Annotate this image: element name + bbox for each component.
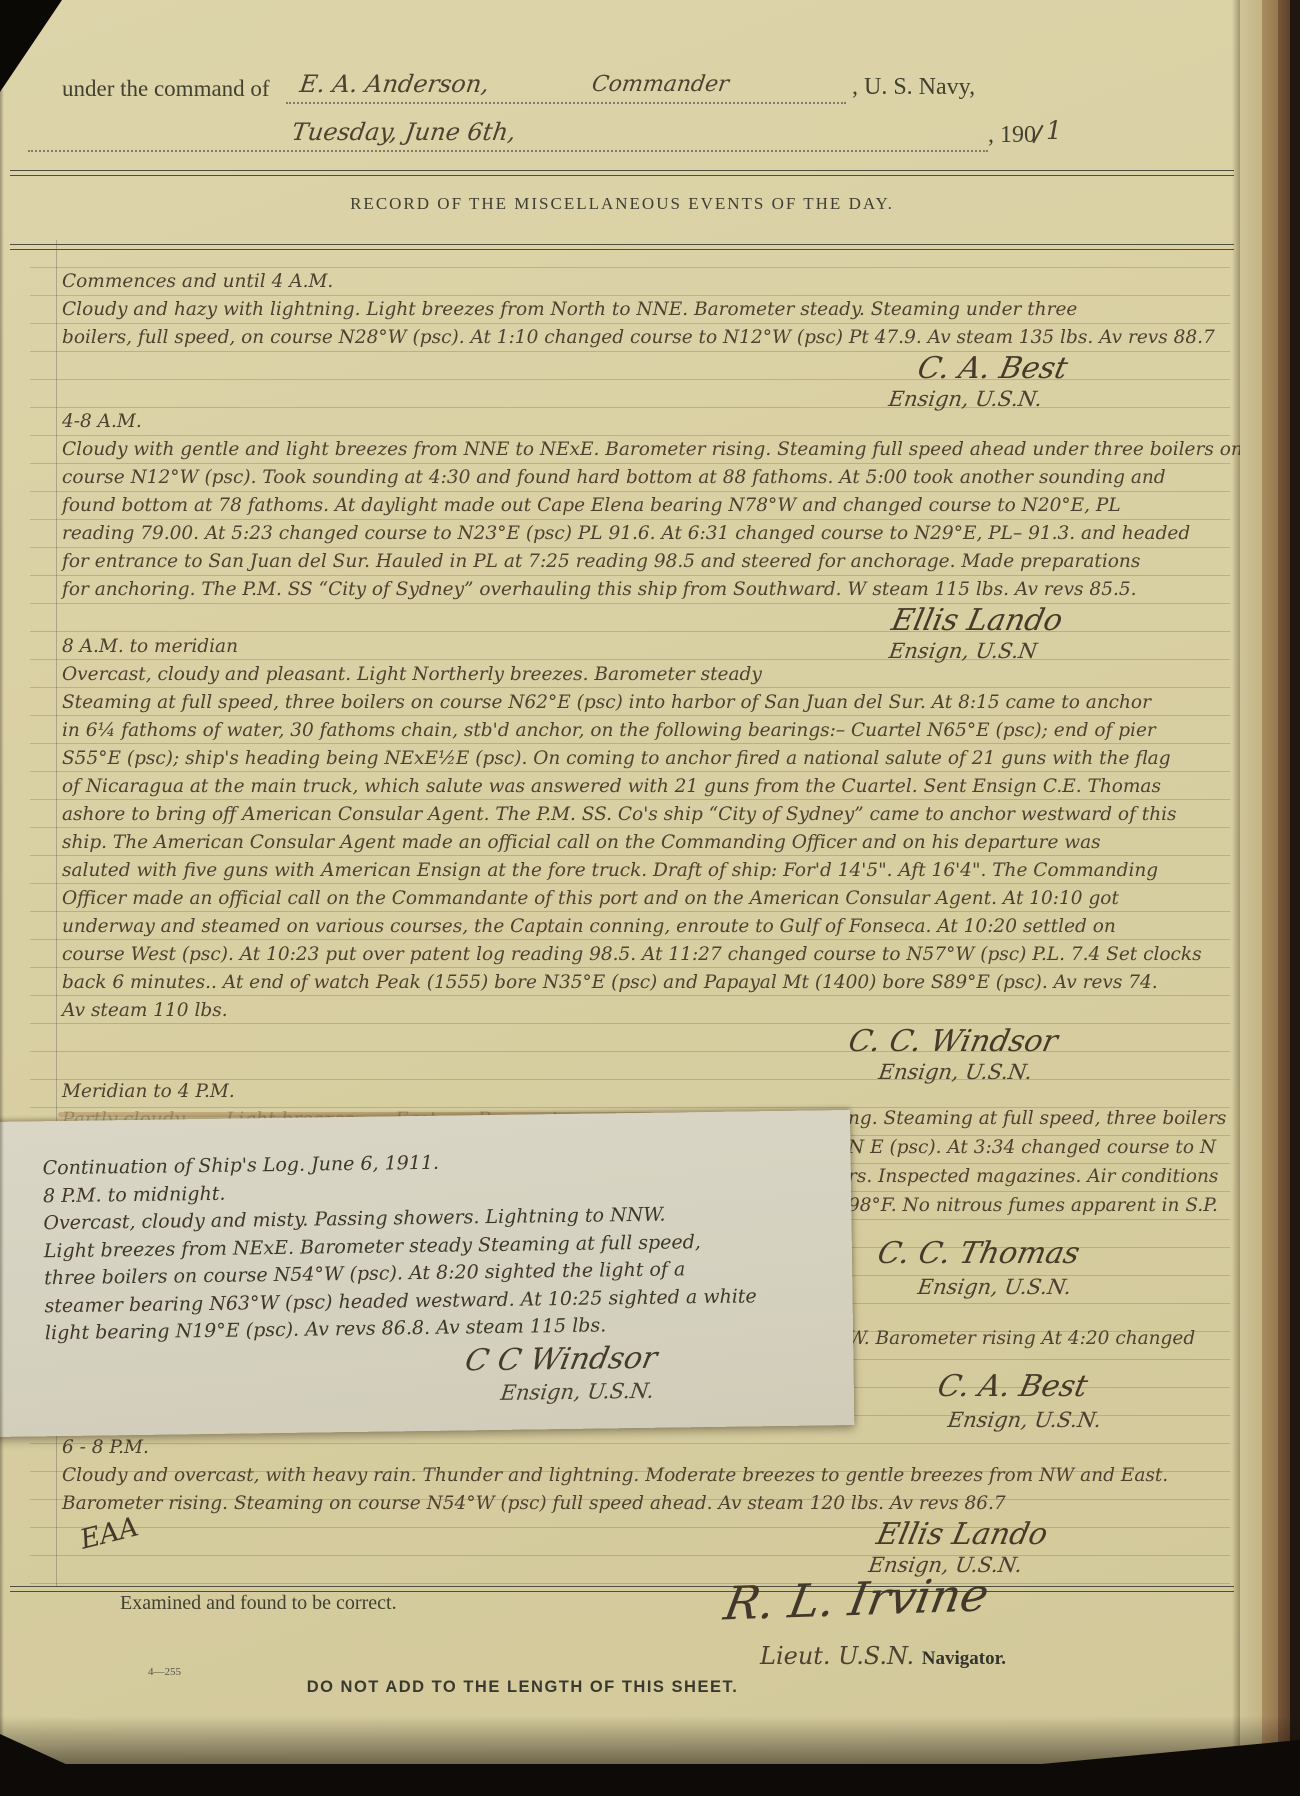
section-morning-watch: 4-8 A.M. Cloudy with gentle and light br…	[62, 408, 1217, 664]
fragment-line: ng. Steaming at full speed, three boiler…	[848, 1104, 1243, 1133]
log-line: Cloudy and overcast, with heavy rain. Th…	[62, 1462, 1217, 1490]
covered-text-fragments: ng. Steaming at full speed, three boiler…	[848, 1104, 1243, 1433]
navigator-printed-label: Navigator.	[922, 1648, 1006, 1669]
signature-rank: Ensign, U.S.N.	[60, 1552, 1219, 1578]
log-line: boilers, full speed, on course N28°W (ps…	[62, 324, 1217, 352]
log-line: course West (psc). At 10:23 put over pat…	[62, 941, 1217, 969]
log-line: Av steam 110 lbs.	[62, 997, 1217, 1025]
section-heading: Commences and until 4 A.M.	[62, 268, 1217, 296]
log-line: reading 79.00. At 5:23 changed course to…	[62, 520, 1217, 548]
log-line: back 6 minutes.. At end of watch Peak (1…	[62, 969, 1217, 997]
form-number: 4—255	[148, 1666, 181, 1678]
double-rule-top	[10, 170, 1234, 176]
log-line: Steaming at full speed, three boilers on…	[62, 689, 1217, 717]
commander-name: E. A. Anderson,	[298, 70, 491, 98]
log-line: for entrance to San Juan del Sur. Hauled…	[62, 548, 1217, 576]
log-line: underway and steamed on various courses,…	[62, 913, 1217, 941]
bottom-right-corner	[1020, 1740, 1300, 1766]
scan-corner-top-left	[0, 0, 62, 92]
log-line: saluted with five guns with American Ens…	[62, 857, 1217, 885]
log-line: Officer made an official call on the Com…	[62, 885, 1217, 913]
year-printed: , 190	[988, 122, 1036, 149]
signature: C. C. Thomas	[844, 1234, 1248, 1274]
signature: C. C. Windsor	[58, 1025, 1220, 1059]
length-warning: DO NOT ADD TO THE LENGTH OF THIS SHEET.	[0, 1678, 1045, 1697]
log-line: Barometer rising. Steaming on course N54…	[62, 1490, 1217, 1518]
date-dotted-line	[28, 150, 988, 152]
log-line: Cloudy and hazy with lightning. Light br…	[62, 296, 1217, 324]
navy-suffix: , U. S. Navy,	[852, 74, 975, 101]
log-line: found bottom at 78 fathoms. At daylight …	[62, 492, 1217, 520]
scan-bottom-band	[0, 1764, 1300, 1796]
fragment-line: 98°F. No nitrous fumes apparent in S.P.	[848, 1191, 1243, 1220]
log-line: ship. The American Consular Agent made a…	[62, 829, 1217, 857]
section-heading: 8 A.M. to meridian	[62, 633, 1217, 661]
date-written: Tuesday, June 6th,	[290, 118, 518, 146]
record-title: RECORD OF THE MISCELLANEOUS EVENTS OF TH…	[10, 194, 1234, 214]
log-line: Cloudy with gentle and light breezes fro…	[62, 436, 1217, 464]
fragment-line: W. Barometer rising At 4:20 changed	[848, 1324, 1243, 1353]
navigator-signature: R. L. Irvine	[720, 1567, 993, 1630]
bottom-left-corner	[0, 1734, 70, 1766]
section-forenoon-watch: 8 A.M. to meridian Overcast, cloudy and …	[62, 633, 1217, 1085]
fragment-line: N E (psc). At 3:34 changed course to N	[848, 1133, 1243, 1162]
pasted-continuation-slip: Continuation of Ship's Log. June 6, 1911…	[0, 1110, 854, 1437]
log-line: S55°E (psc); ship's heading being NExE½E…	[62, 745, 1217, 773]
signature: C. A. Best	[58, 352, 1220, 386]
section-heading: 6 - 8 P.M.	[62, 1434, 1217, 1462]
navigator-rank: Lieut. U.S.N.	[760, 1642, 914, 1670]
next-page-edge	[1240, 0, 1262, 1796]
left-page-edge	[0, 90, 4, 1770]
fragment-line: rs. Inspected magazines. Air conditions	[848, 1162, 1243, 1191]
year-ink-digit: 1	[1046, 116, 1062, 145]
signature: Ellis Lando	[58, 1518, 1220, 1552]
signature: C. A. Best	[844, 1367, 1248, 1407]
signature-rank: Ensign, U.S.N.	[846, 1407, 1245, 1433]
book-edge-dark	[1278, 0, 1290, 1796]
log-line: ashore to bring off American Consular Ag…	[62, 801, 1217, 829]
log-line: of Nicaragua at the main truck, which sa…	[62, 773, 1217, 801]
navigator-rank-line: Lieut. U.S.N. Navigator.	[760, 1642, 1006, 1670]
logbook-scan: under the command of E. A. Anderson, Com…	[0, 0, 1300, 1796]
command-dotted-line	[286, 102, 846, 104]
commander-rank: Commander	[590, 72, 730, 97]
section-heading: 4-8 A.M.	[62, 408, 1217, 436]
command-prefix: under the command of	[62, 76, 270, 102]
book-edge-light	[1262, 0, 1278, 1796]
log-line: Overcast, cloudy and pleasant. Light Nor…	[62, 661, 1217, 689]
examined-statement: Examined and found to be correct.	[120, 1592, 397, 1615]
section-evening-watch: 6 - 8 P.M. Cloudy and overcast, with hea…	[62, 1434, 1217, 1578]
log-line: course N12°W (psc). Took sounding at 4:3…	[62, 464, 1217, 492]
section-midwatch: Commences and until 4 A.M. Cloudy and ha…	[62, 268, 1217, 412]
log-line: for anchoring. The P.M. SS “City of Sydn…	[62, 576, 1217, 604]
binding-edge	[1290, 0, 1300, 1796]
signature-rank: Ensign, U.S.N.	[846, 1274, 1245, 1300]
section-heading: Meridian to 4 P.M.	[62, 1078, 1217, 1106]
log-line: in 6¼ fathoms of water, 30 fathoms chain…	[62, 717, 1217, 745]
